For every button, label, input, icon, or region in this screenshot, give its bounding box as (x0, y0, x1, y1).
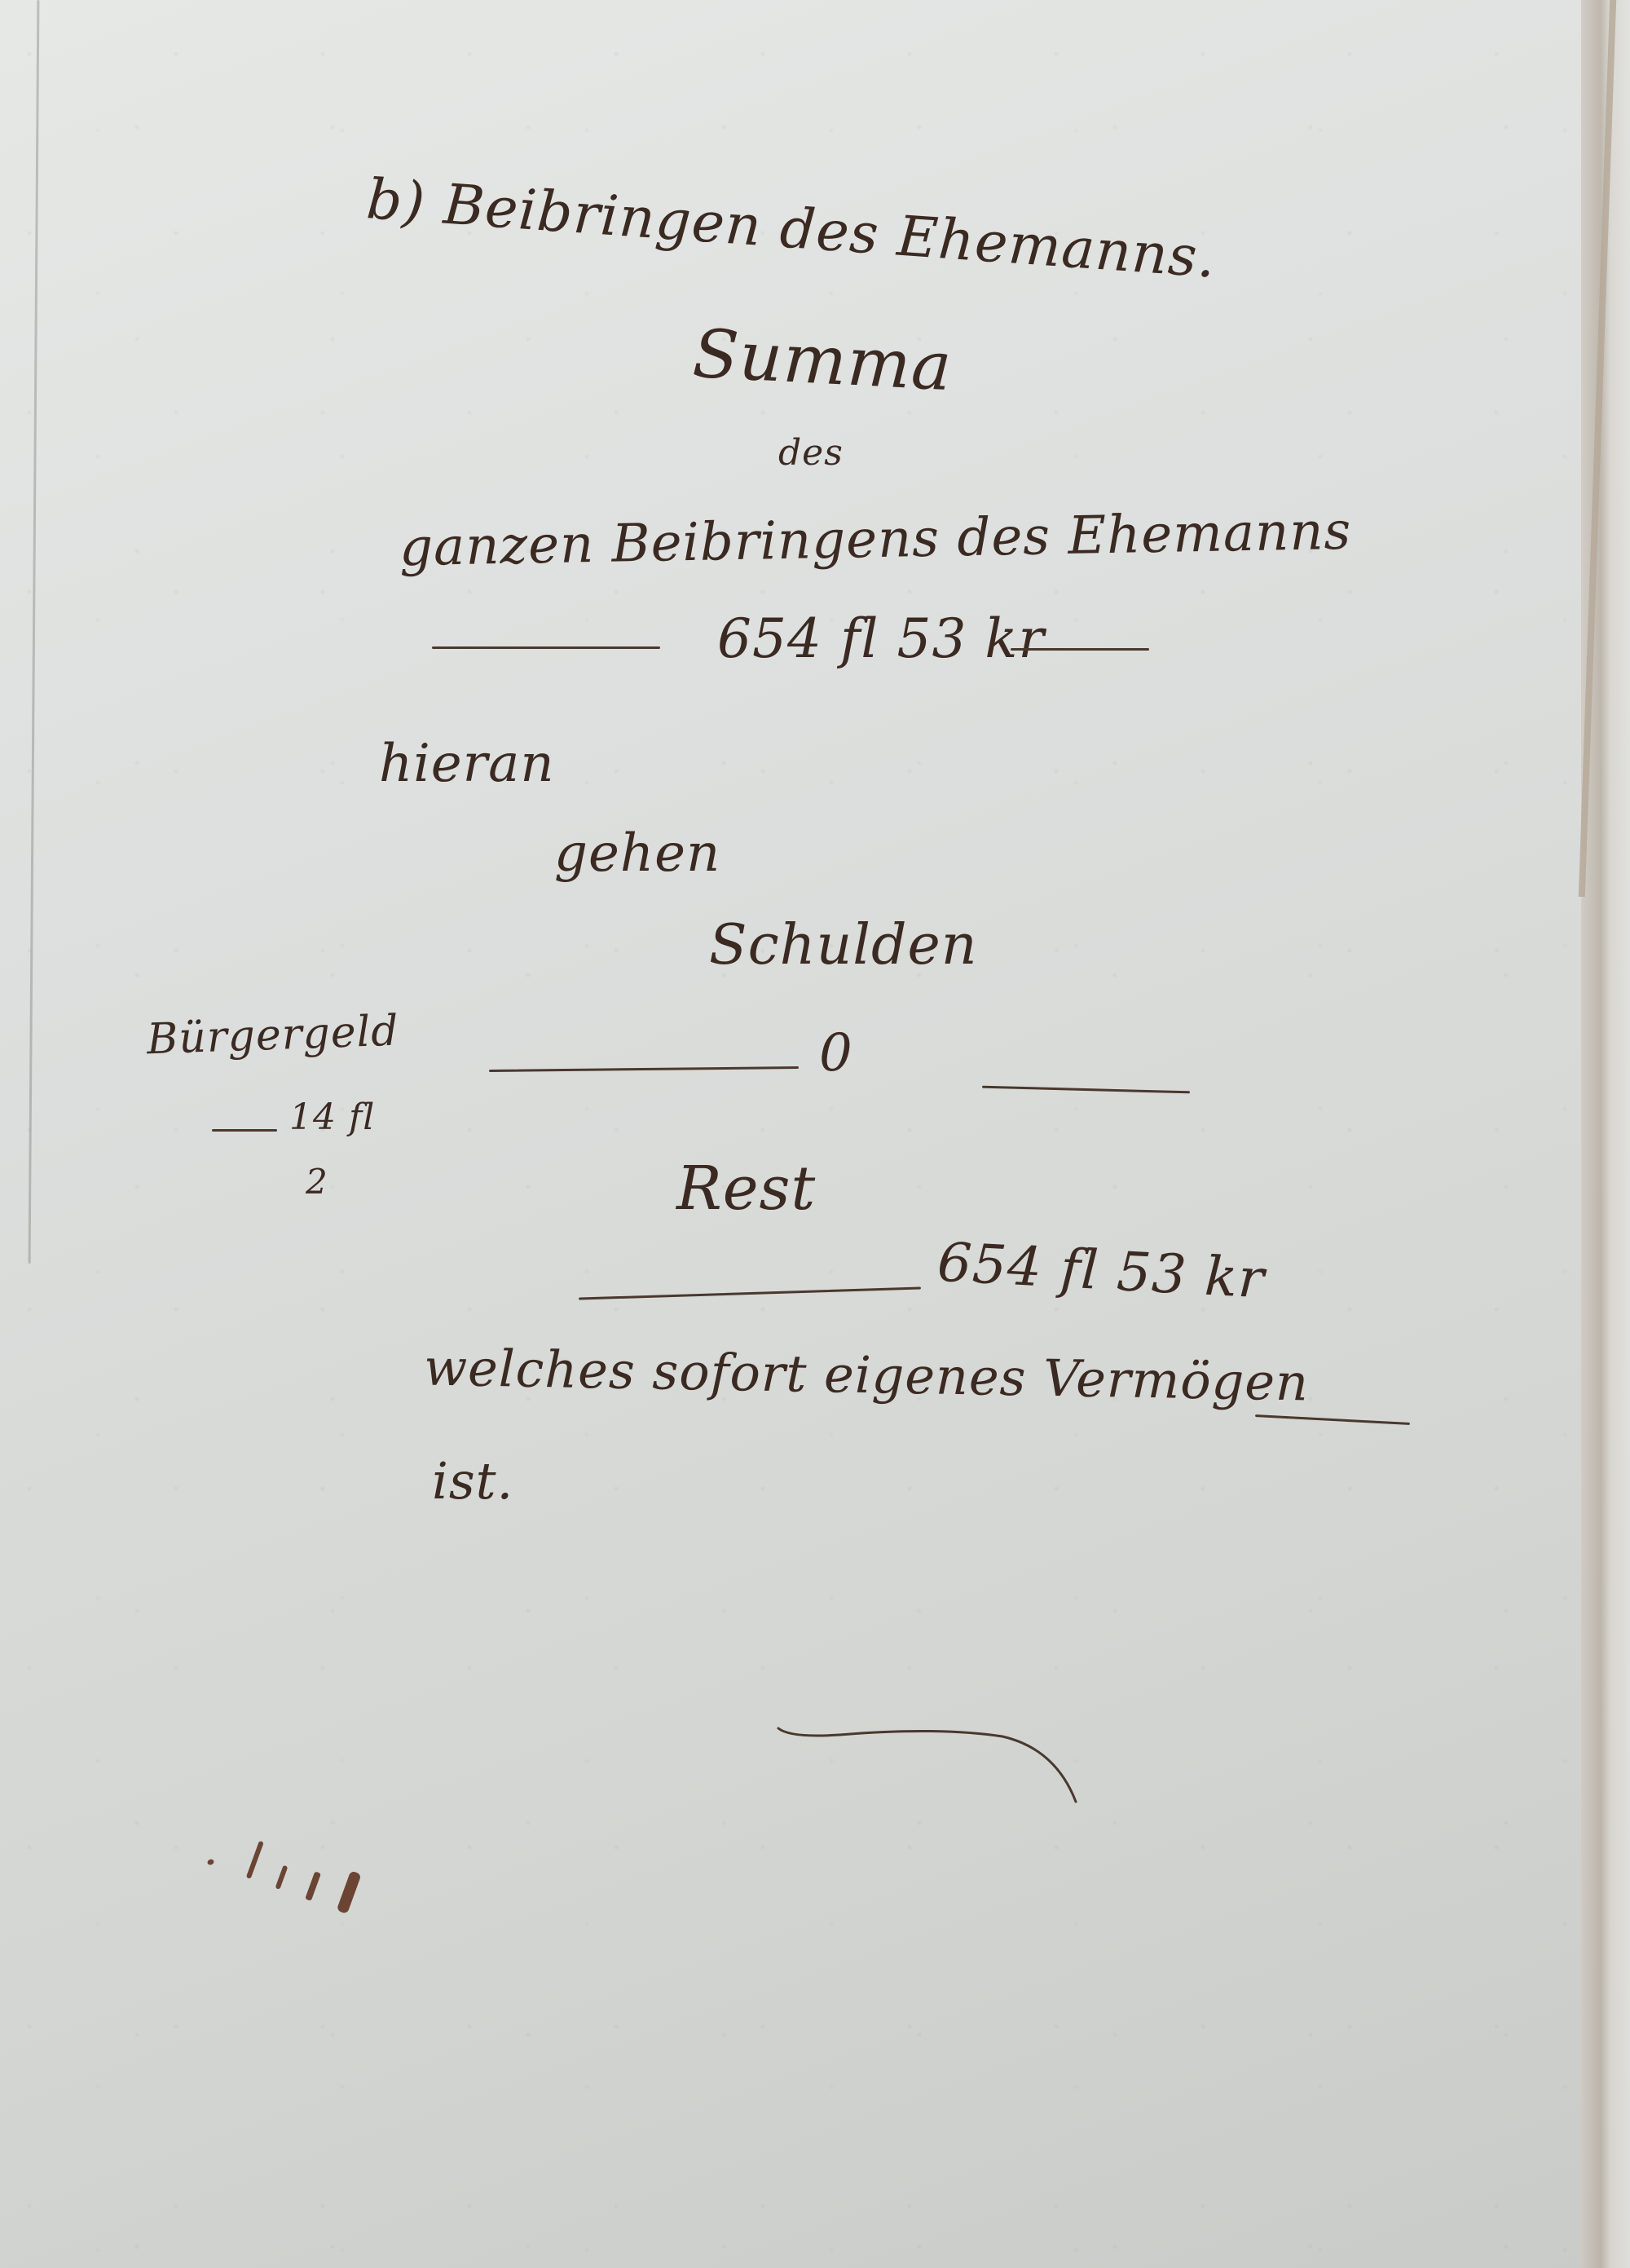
section-heading: b) Beibringen des Ehemanns. (364, 167, 1218, 291)
document-page: b) Beibringen des Ehemanns. Summa des ga… (0, 0, 1630, 2268)
paper-crease (29, 0, 40, 1264)
ink-stroke (245, 1841, 263, 1879)
total-amount: 654 fl 53 kr (717, 607, 1045, 670)
page-binding-edge (1581, 0, 1630, 2268)
rule-left-rest (579, 1286, 921, 1299)
des-word: des (778, 432, 844, 474)
rule-right-debts (982, 1086, 1190, 1094)
rest-amount: 654 fl 53 kr (936, 1231, 1266, 1311)
margin-note-label: Bürgergeld (146, 1007, 399, 1065)
hieran-word: hieran (379, 734, 555, 794)
ink-stroke (305, 1871, 321, 1901)
closing-flourish-line (1255, 1414, 1410, 1425)
gehen-word: gehen (554, 823, 720, 884)
schulden-label: Schulden (709, 913, 978, 977)
margin-dash (212, 1129, 277, 1132)
description-line: ganzen Beibringens des Ehemanns (399, 501, 1351, 578)
stray-ink-marks: . (199, 1822, 361, 1925)
debts-amount: 0 (819, 1023, 853, 1083)
summa-label: Summa (691, 315, 954, 407)
rule-left-total (432, 646, 660, 649)
rest-label: Rest (676, 1154, 816, 1224)
ink-stroke (275, 1865, 289, 1890)
ink-stroke (337, 1870, 362, 1914)
stray-mark-text: . (199, 1823, 231, 1878)
rule-left-debts (489, 1066, 799, 1072)
end-flourish-icon (774, 1720, 1084, 1810)
rule-right-total (1011, 648, 1149, 651)
margin-note-value-2: 2 (306, 1162, 328, 1202)
closing-line-1: welches sofort eigenes Vermögen (423, 1338, 1309, 1413)
margin-note-value-1: 14 fl (289, 1096, 375, 1138)
closing-line-2: ist. (432, 1451, 513, 1511)
